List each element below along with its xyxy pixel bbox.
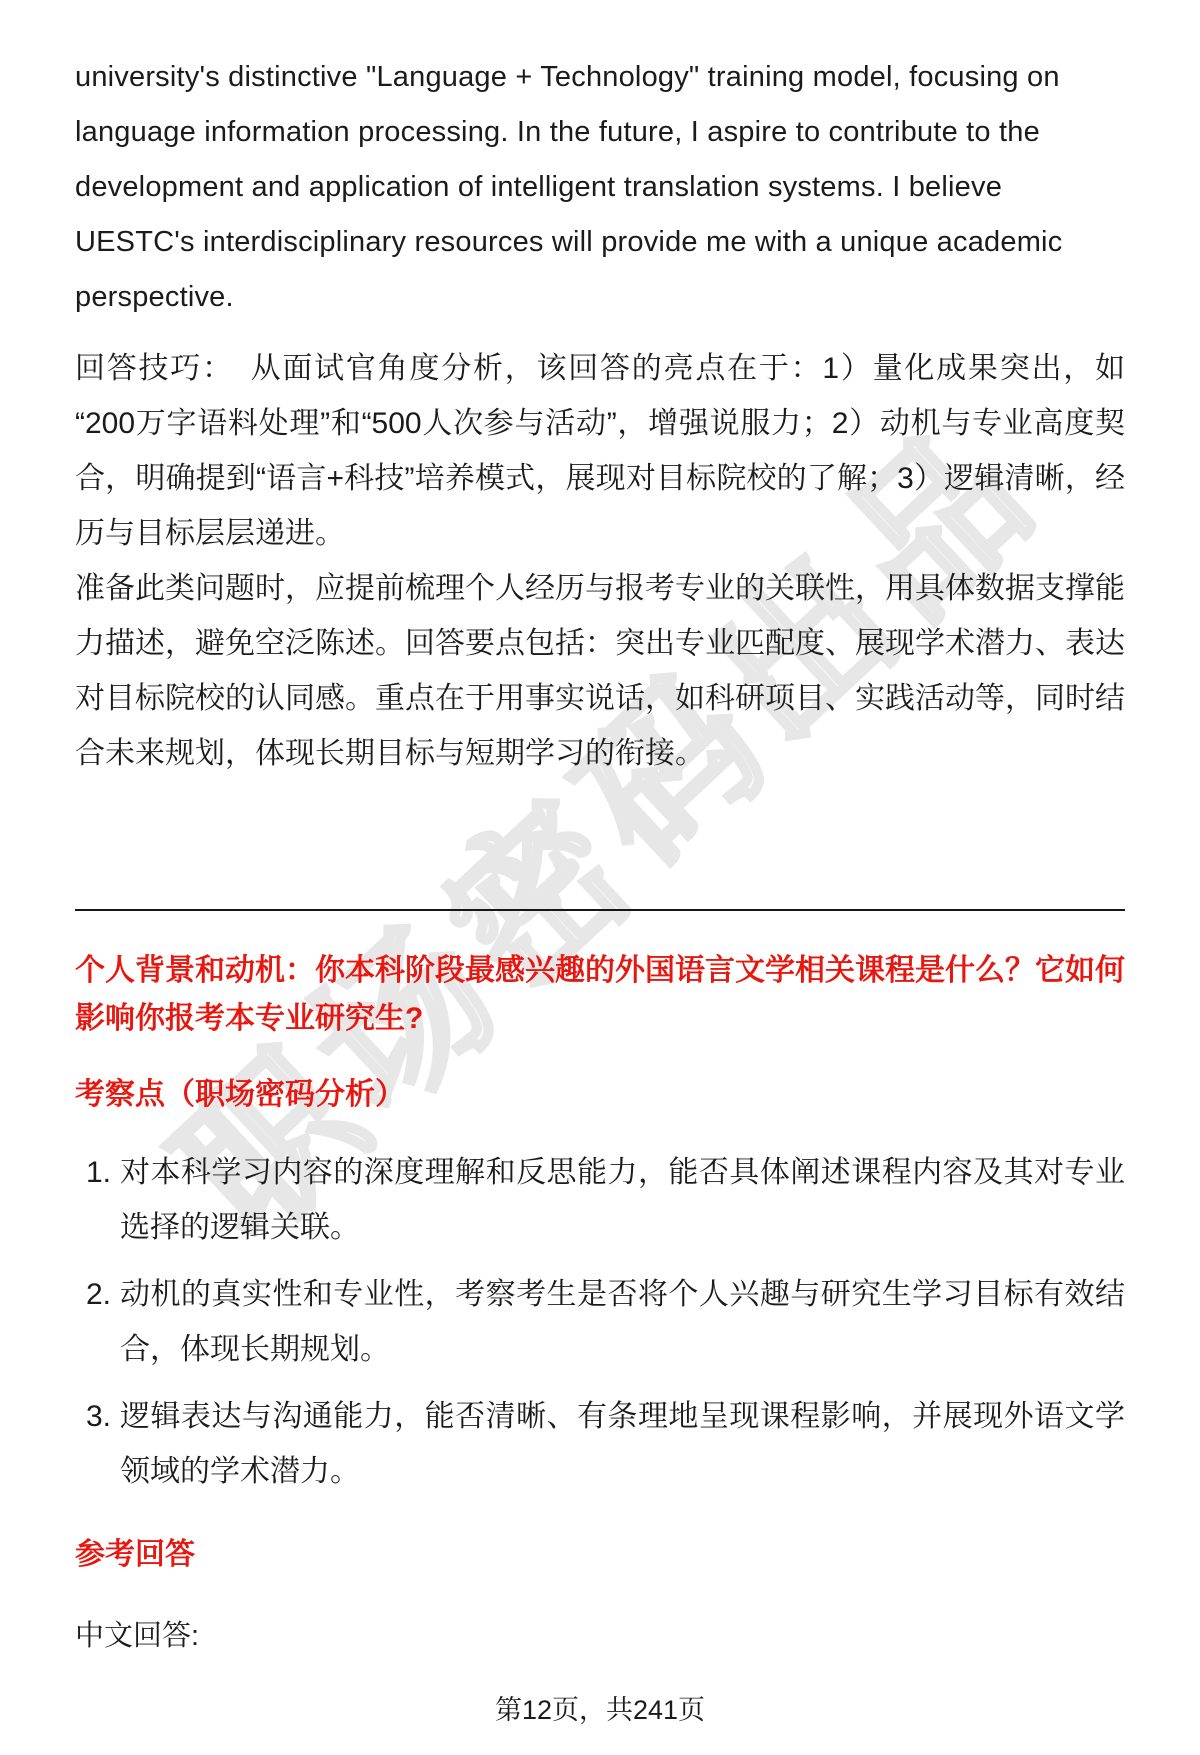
assessment-point-2: 2. 动机的真实性和专业性，考察考生是否将个人兴趣与研究生学习目标有效结合，体现… <box>75 1267 1125 1377</box>
chinese-answer-label: 中文回答: <box>75 1609 1125 1664</box>
assessment-point-3: 3. 逻辑表达与沟通能力，能否清晰、有条理地呈现课程影响，并展现外语文学领域的学… <box>75 1389 1125 1499</box>
answer-tips-paragraph: 回答技巧： 从面试官角度分析，该回答的亮点在于：1）量化成果突出，如“200万字… <box>75 341 1125 561</box>
point-number: 3. <box>75 1389 120 1499</box>
assessment-points-list: 1. 对本科学习内容的深度理解和反思能力，能否具体阐述课程内容及其对专业选择的逻… <box>75 1145 1125 1499</box>
question-heading: 个人背景和动机：你本科阶段最感兴趣的外国语言文学相关课程是什么？它如何影响你报考… <box>75 947 1125 1043</box>
section-divider <box>75 909 1125 911</box>
document-page: 职场密码出品 university's distinctive "Languag… <box>0 0 1200 1755</box>
point-number: 1. <box>75 1145 120 1255</box>
reference-answer-heading: 参考回答 <box>75 1531 1125 1579</box>
english-paragraph: university's distinctive "Language + Tec… <box>75 50 1125 325</box>
page-number-footer: 第12页，共241页 <box>0 1688 1200 1727</box>
assessment-point-1: 1. 对本科学习内容的深度理解和反思能力，能否具体阐述课程内容及其对专业选择的逻… <box>75 1145 1125 1255</box>
point-text: 对本科学习内容的深度理解和反思能力，能否具体阐述课程内容及其对专业选择的逻辑关联… <box>120 1145 1125 1255</box>
preparation-paragraph: 准备此类问题时，应提前梳理个人经历与报考专业的关联性，用具体数据支撑能力描述，避… <box>75 561 1125 781</box>
point-text: 动机的真实性和专业性，考察考生是否将个人兴趣与研究生学习目标有效结合，体现长期规… <box>120 1267 1125 1377</box>
assessment-points-heading: 考察点（职场密码分析） <box>75 1071 1125 1119</box>
page-content: university's distinctive "Language + Tec… <box>0 0 1200 1664</box>
point-text: 逻辑表达与沟通能力，能否清晰、有条理地呈现课程影响，并展现外语文学领域的学术潜力… <box>120 1389 1125 1499</box>
point-number: 2. <box>75 1267 120 1377</box>
